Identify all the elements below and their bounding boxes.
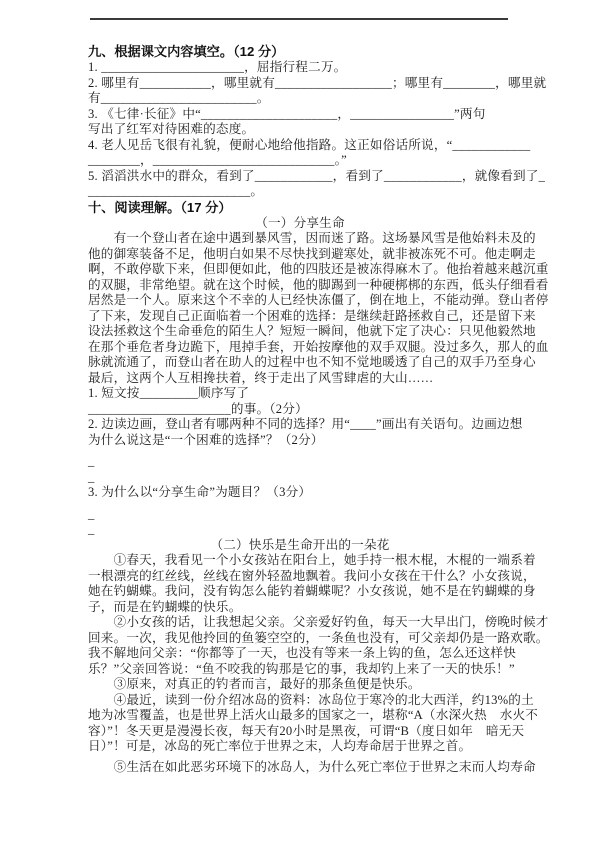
passage-1-line: 最后，这两个人互相搀扶着，终于走出了风雪肆虐的大山…… — [88, 371, 512, 387]
passage-2-line: ②小女孩的话，让我想起父亲。父亲爱好钓鱼，每天一大早出门，傍晚时候才 — [88, 615, 512, 631]
passage-1-line: 有一个登山者在途中遇到暴风雪，因而迷了路。这场暴风雪是他始料未及的 — [88, 231, 512, 247]
fill-blank-line-4: 4. 老人见岳飞很有礼貌，便耐心地给他指路。这正如俗话所说，“_________… — [88, 138, 512, 154]
passage-2-line: 她在钓蝴蝶。我问，没有钩怎么能钓着蝴蝶呢？小女孩说，她不是在钓蝴蝶的身 — [88, 584, 512, 600]
passage-2-line: 地为冰雪覆盖，也是世界上活火山最多的国家之一，堪称“A（水深火热 水火不 — [88, 708, 512, 724]
exam-paper-page: 九、根据课文内容填空。（12 分） 1. ___________________… — [0, 0, 596, 842]
passage-2-line: ①春天，我看见一个小女孩站在阳台上，她手持一根木棍，木棍的一端系着 — [88, 553, 512, 569]
section-9-title: 九、根据课文内容填空。（12 分） — [88, 44, 512, 60]
passage-2-line: 日）”！可是，冰岛的死亡率位于世界之末，人均寿命居于世界之首。 — [88, 739, 512, 755]
passage-1-line: 了下来，发现自己正面临着一个困难的选择：是继续赶路拯救自己，还是留下来 — [88, 309, 512, 325]
passage-1-line: 他的御寒装备不足，他明白如果不尽快找到避寒处，就非被冻死不可。他走啊走 — [88, 247, 512, 263]
passage-2-line: ④最近，读到一份介绍冰岛的资料：冰岛位于寒冷的北大西洋，约13%的土 — [88, 693, 512, 709]
reading-question-3: 3. 为什么以“分享生命”为题目？（3分） — [88, 485, 512, 501]
passage-2-line: 回来。一次，我见他拎回的鱼篓空空的，一条鱼也没有，可父亲却仍是一路欢歌。 — [88, 631, 512, 647]
passage-1-line: 的双腿，非常绝望。就在这个时候，他的脚踢到一种硬梆梆的东西，低头仔细看看 — [88, 278, 512, 294]
part-2-heading: （二）快乐是生命开出的一朵花 — [88, 538, 512, 554]
fill-blank-line-5: 5. 滔滔洪水中的群众，看到了____________，看到了_________… — [88, 169, 512, 185]
passage-1-line: 在那个垂危者身边跪下，甩掉手套，开始按摩他的双手双腿。没过多久，那人的血 — [88, 340, 512, 356]
fill-blank-line-2: 2. 哪里有___________，哪里就有__________________… — [88, 76, 512, 92]
reading-question-2: 2. 边读边画，登山者有哪两种不同的选择？用“____”画出有关语句。边画边想 — [88, 417, 512, 433]
passage-2-line: ③原来，对真正的钓者而言，最好的那条鱼便是快乐。 — [88, 677, 512, 693]
passage-2-line: 一根漂亮的红丝线，丝线在窗外轻盈地飘着。我问小女孩在干什么？小女孩说， — [88, 569, 512, 585]
fill-blank-line-4b: ________，____________________________。” — [88, 153, 512, 169]
fill-blank-line-1: 1. ______________________，屈指行程二万。 — [88, 60, 512, 76]
reading-question-2b: 为什么说这是“一个困难的选择”？（2分） — [88, 433, 512, 449]
passage-2-line: 乐？”父亲回答说：“鱼不咬我的钩那是它的事，我却钓上来了一天的快乐！” — [88, 662, 512, 678]
page-content: 九、根据课文内容填空。（12 分） 1. ___________________… — [88, 44, 512, 775]
fill-blank-line-2b: 有________________________。 — [88, 91, 512, 107]
section-10-title: 十、阅读理解。（17 分） — [88, 200, 512, 216]
fill-blank-line-5b: _________________________。 — [88, 184, 512, 200]
top-divider-rule — [90, 18, 508, 20]
answer-line: _ — [88, 507, 512, 523]
answer-line: _ — [88, 454, 512, 470]
reading-question-1: 1. 短文按_________顺序写了 — [88, 386, 512, 402]
passage-1-line: 啊，不敢停歇下来，但即便如此，他的四肢还是被冻得麻木了。他抬着越来越沉重 — [88, 262, 512, 278]
answer-line: _ — [88, 470, 512, 486]
passage-1-line: 居然是一个人。原来这个不幸的人已经快冻僵了，倒在地上，不能动弹。登山者停 — [88, 293, 512, 309]
part-1-heading: （一）分享生命 — [88, 216, 512, 232]
fill-blank-line-3: 3. 《七律·长征》中“_____________________，______… — [88, 107, 512, 123]
passage-2-line: 容）”！冬天更是漫漫长夜，每天有20小时是黑夜，可谓“B（度日如年 暗无天 — [88, 724, 512, 740]
answer-line: _ — [88, 522, 512, 538]
fill-blank-line-3b: 写出了红军对待困难的态度。 — [88, 122, 512, 138]
passage-1-line: 设法拯救这个生命垂危的陌生人？短短一瞬间，他就下定了决心：只见他毅然地 — [88, 324, 512, 340]
reading-question-1b: ______________________的事。（2分） — [88, 402, 512, 418]
passage-2-line: 子，而是在钓蝴蝶的快乐。 — [88, 600, 512, 616]
passage-2-line: 我不解地问父亲：“你都等了一天，也没有等来一条上钩的鱼，怎么还这样快 — [88, 646, 512, 662]
passage-1-line: 脉就流通了，而登山者在助人的过程中也不知不觉地暖透了自己的双手乃至身心 — [88, 355, 512, 371]
passage-2-line: ⑤生活在如此恶劣环境下的冰岛人，为什么死亡率位于世界之末而人均寿命 — [88, 760, 512, 776]
